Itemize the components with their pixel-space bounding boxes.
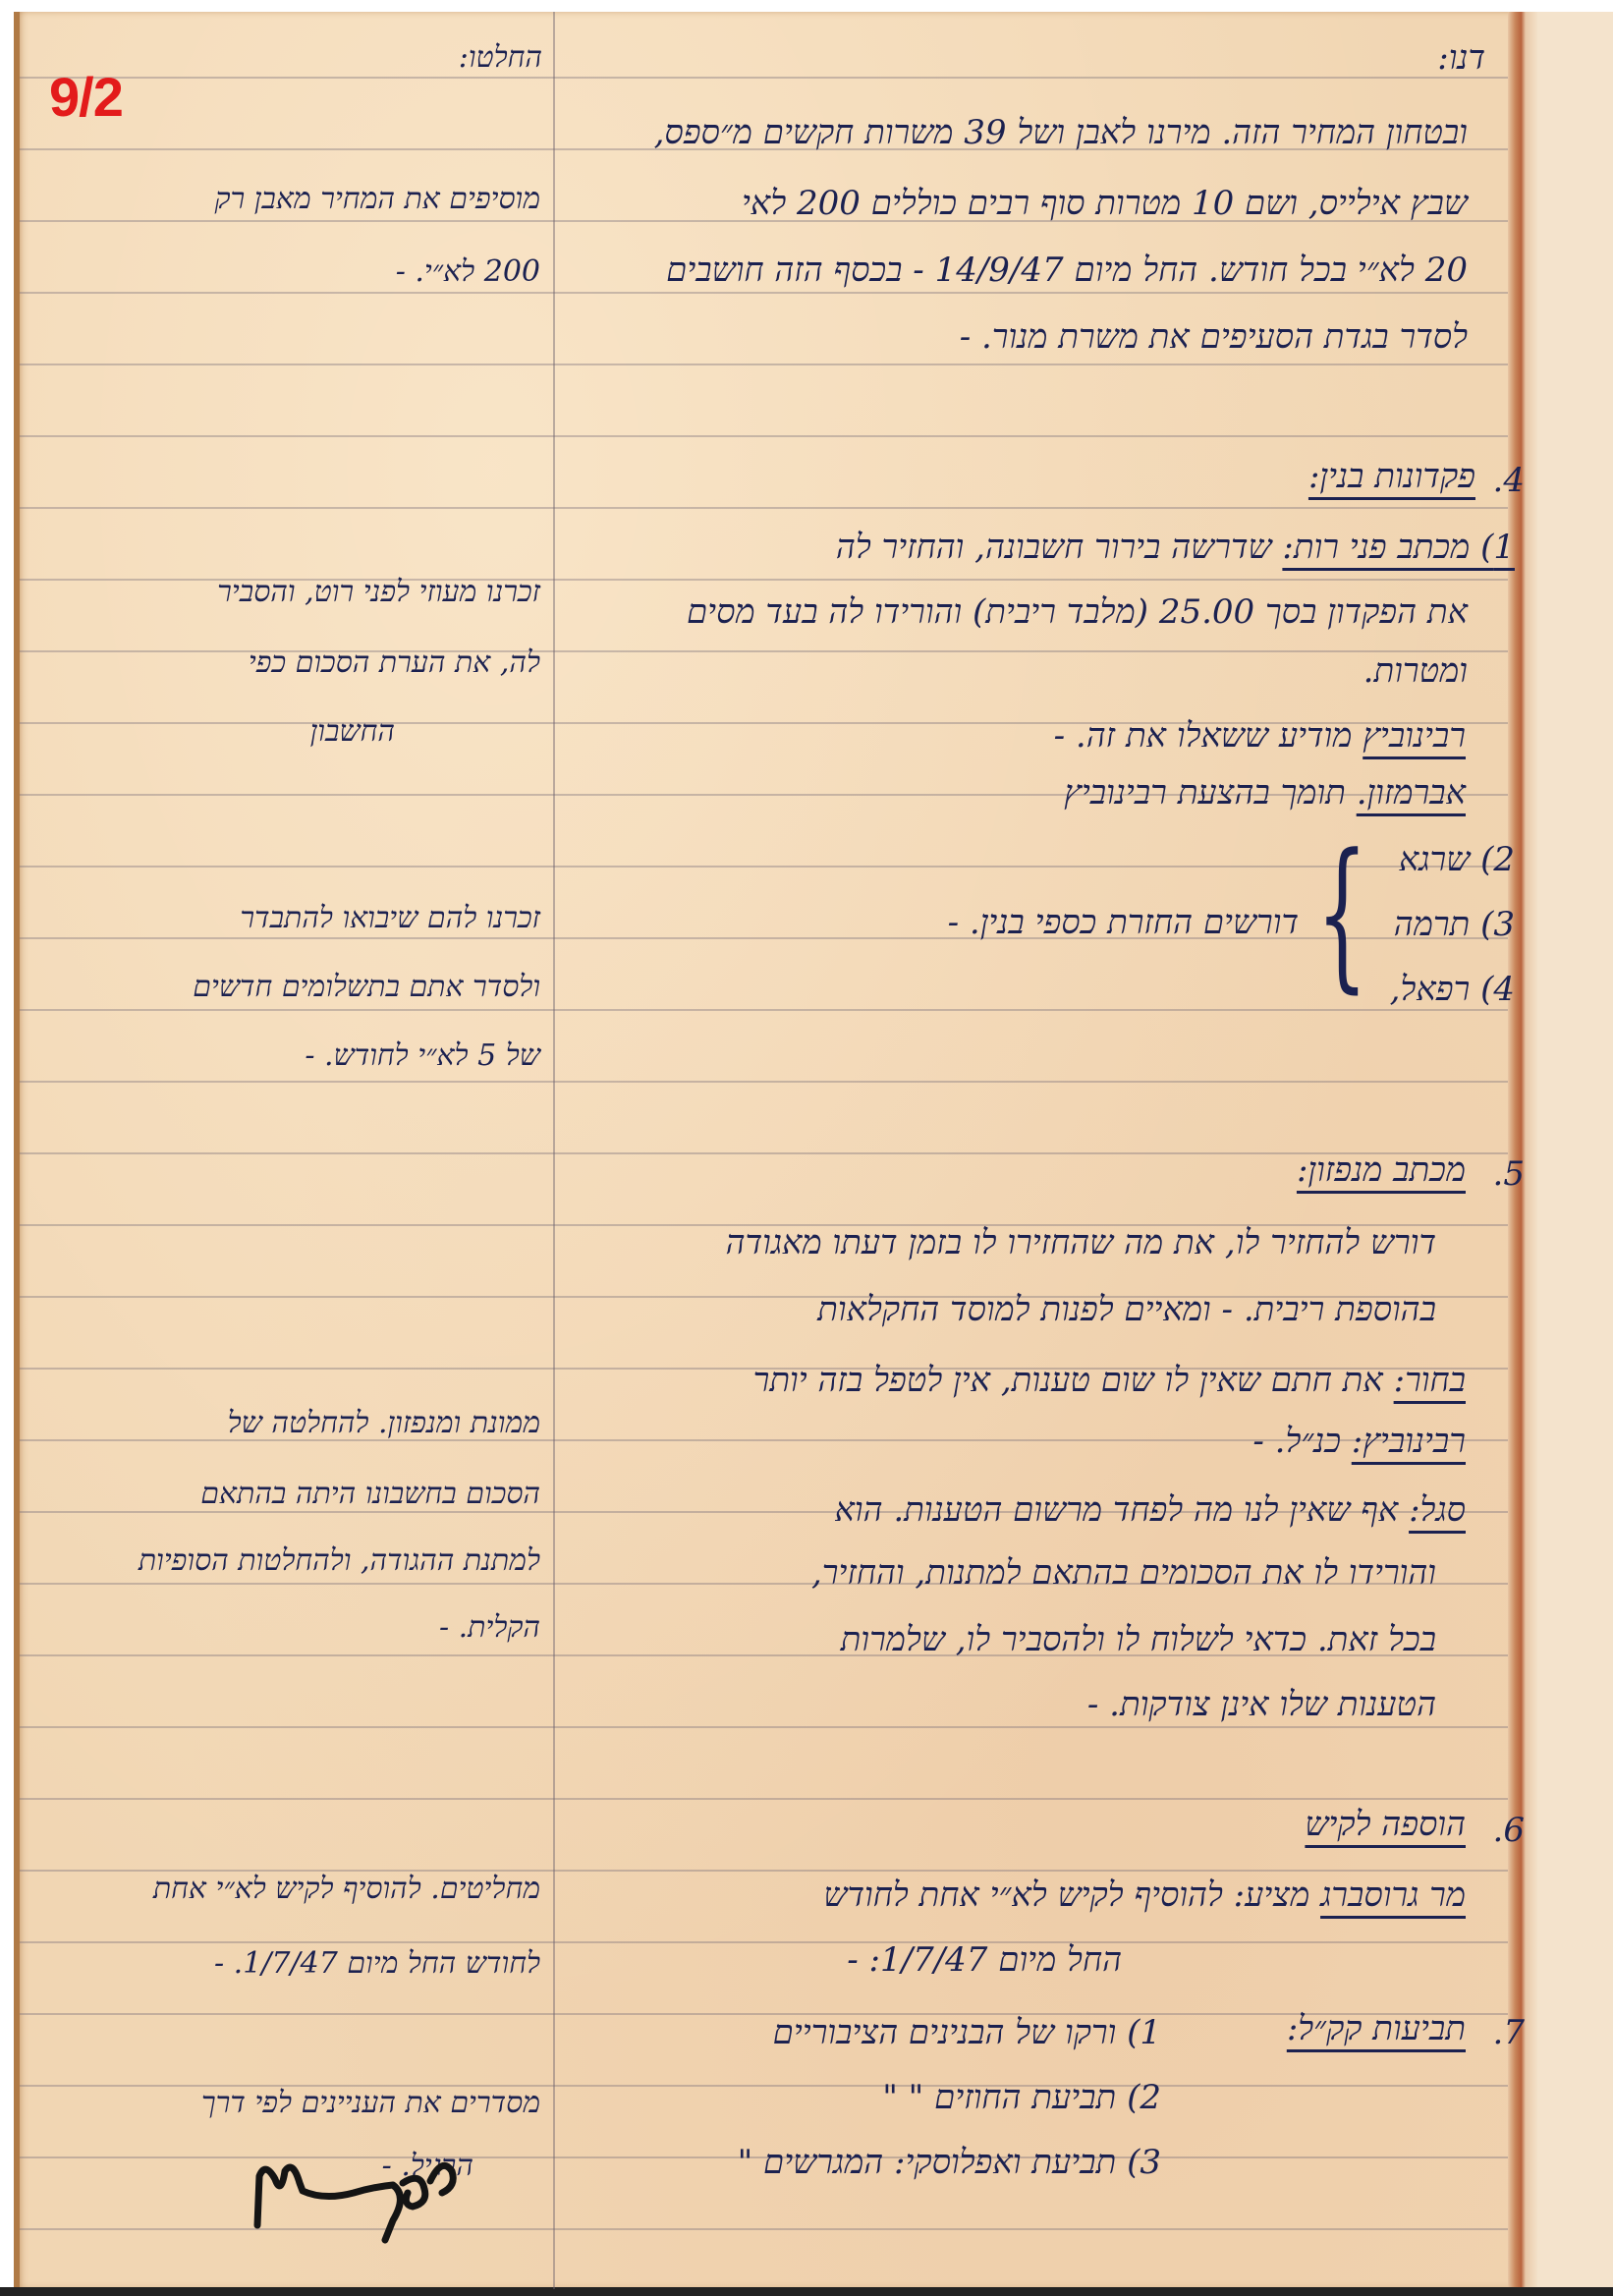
- speaker-label: מר גרוסברג: [1320, 1876, 1466, 1915]
- section-line: והורידו לו את הסכומים בהתאם למתנות, והחז…: [811, 1556, 1436, 1590]
- section-line: רבינוביץ: כנ״ל. -: [1252, 1425, 1466, 1458]
- claim-item: 3) תביעת ואפלוסקי: המגרשים ": [738, 2146, 1161, 2179]
- list-name: תרמה: [1394, 905, 1471, 944]
- section-title: הוספה לקיש: [1305, 1808, 1466, 1841]
- curly-brace: {: [1316, 833, 1333, 995]
- section-line: 1) מכתב פני רות: שדרשה בירור חשבונה, והח…: [836, 531, 1515, 564]
- section-title: תביעות קק״ל:: [1287, 2012, 1466, 2045]
- list-item: 2) שרגא: [1399, 843, 1515, 876]
- book-binding-outer: [1537, 12, 1613, 2289]
- decision-line: מסדרים את העניינים לפי דרך: [201, 2089, 540, 2118]
- decision-line: החשבון: [310, 717, 395, 747]
- ruled-line: [20, 1081, 1508, 1083]
- section-number: 5.: [1493, 1157, 1525, 1191]
- speaker-label: רבינוביץ: [1363, 716, 1466, 756]
- speaker-label: סגל:: [1409, 1490, 1466, 1530]
- decision-line: זכרנו מעוזי לפני רוט, והסביר: [217, 578, 540, 607]
- intro-line: שבץ אילייס, ושם 10 מטרות סוף רבים כוללים…: [742, 187, 1468, 220]
- list-item: 3) תרמה: [1394, 908, 1515, 941]
- intro-line: לסדר בגדת הסעיפים את משרת מנור. -: [960, 320, 1468, 354]
- line-text: מודיע ששאלו את זה. -: [1054, 716, 1353, 756]
- decision-line: של 5 לא״י לחודש. -: [305, 1041, 540, 1071]
- section-line: בכל זאת. כדאי לשלוח לו ולהסביר לו, שלמרו…: [841, 1623, 1436, 1656]
- speaker-label: רבינוביץ:: [1352, 1422, 1466, 1461]
- line-text: את חתם שאין לו שום טענות, אין לטפל בזה י…: [753, 1361, 1383, 1400]
- ruled-line: [20, 292, 1508, 294]
- decisions-header: החלטו:: [459, 43, 542, 73]
- ruled-line: [20, 435, 1508, 437]
- list-name: רפאל,: [1390, 970, 1471, 1009]
- ruled-line: [20, 77, 1508, 79]
- speaker-label: בחור:: [1394, 1361, 1466, 1400]
- section-title: מכתב מנפזון:: [1297, 1153, 1466, 1187]
- section-number: 4.: [1493, 464, 1525, 497]
- section-number: 7.: [1493, 2016, 1525, 2049]
- ruled-line: [20, 1009, 1508, 1011]
- ruled-line: [20, 1726, 1508, 1728]
- ruled-line: [20, 507, 1508, 509]
- decision-line: הסכום בחשבונו היתה בהתאם: [200, 1480, 540, 1509]
- decision-line: לה, את הערת הסכום כפי: [249, 648, 540, 678]
- decision-line: הקלית. -: [439, 1613, 540, 1643]
- section-line: בהוספת ריבית. - ומאיים לפנות למוסד החקלא…: [817, 1293, 1436, 1326]
- book-binding: [1508, 12, 1537, 2289]
- line-text: אף שאין לנו מה לפחד מרשום הטענות. הוא: [835, 1490, 1399, 1530]
- list-note: דורשים החזרת כספי בנין. -: [948, 906, 1299, 939]
- decision-line: מוסיפים את המחיר מאבן רק: [214, 185, 540, 214]
- ruled-line: [20, 866, 1508, 868]
- speaker-label: 1) מכתב פני רות:: [1282, 528, 1515, 567]
- decision-line: ממונת ומנפזון. להחלטה של: [228, 1409, 540, 1438]
- section-line: ומטרות.: [1363, 654, 1468, 688]
- list-number: 2): [1480, 840, 1515, 879]
- list-item: 4) רפאל,: [1390, 973, 1515, 1006]
- ruled-line: [20, 2228, 1508, 2230]
- decision-line: ולסדר אתם בתשלומים חדשים: [193, 973, 540, 1002]
- ruled-line: [20, 1798, 1508, 1800]
- list-name: שרגא: [1399, 840, 1470, 879]
- section-title: פקדונות בנין:: [1308, 460, 1475, 493]
- ruled-line: [20, 2013, 1508, 2015]
- decision-line: זכרנו להם שיבואו להתבדר: [240, 904, 540, 933]
- list-number: 4): [1480, 970, 1515, 1009]
- speaker-label: אברמזון.: [1357, 773, 1466, 812]
- signature: [246, 2142, 481, 2250]
- decision-line: 200 לא״י. -: [396, 257, 540, 287]
- ruled-line: [20, 364, 1508, 365]
- scan-bottom-edge: [0, 2287, 1613, 2296]
- ruled-line: [20, 650, 1508, 652]
- page-label: 9/2: [49, 65, 123, 129]
- ruled-line: [20, 1941, 1508, 1943]
- section-line: אברמזון. תומך בהצעת רבינוביץ: [1064, 776, 1466, 810]
- list-number: 3): [1480, 905, 1515, 944]
- claim-item: 1) ורקו של הבנינים הציבוריים: [773, 2016, 1161, 2049]
- section-line: הטענות שלו אינן צודקות. -: [1087, 1688, 1436, 1721]
- decision-line: לחודש החל מיום 1/7/47. -: [214, 1949, 540, 1979]
- decision-line: מחליטים. להוסיף לקיש לא״י אחת: [153, 1875, 540, 1904]
- intro-line: 20 לא״י בכל חודש. החל מיום 14/9/47 - בכס…: [666, 253, 1468, 287]
- section-line: סגל: אף שאין לנו מה לפחד מרשום הטענות. ה…: [835, 1493, 1466, 1527]
- ruled-line: [20, 1152, 1508, 1154]
- line-text: תומך בהצעת רבינוביץ: [1064, 773, 1346, 812]
- claim-item: 2) תביעת החוזים " ": [882, 2081, 1161, 2114]
- section-number: 6.: [1493, 1814, 1525, 1847]
- section-line: מר גרוסברג מציע: להוסיף לקיש לא״י אחת לח…: [823, 1878, 1466, 1912]
- decision-line: למתנת ההגודה, ולהחלטות הסופיות: [139, 1546, 540, 1576]
- intro-line: ובטחון המחיר הזה. מירנו לאבן ושל 39 משרו…: [654, 116, 1468, 149]
- section-line: בחור: את חתם שאין לו שום טענות, אין לטפל…: [753, 1364, 1466, 1397]
- section-line: רבינוביץ מודיע ששאלו את זה. -: [1054, 719, 1466, 753]
- page-left-edge: [14, 12, 20, 2289]
- column-divider: [553, 12, 555, 2289]
- section-line: את הפקדון בסך 25.00 (מלבד ריבית) והורידו…: [687, 595, 1468, 629]
- section-line: החל מיום 1/7/47: -: [847, 1943, 1122, 1977]
- section-line: דורש להחזיר לו, את מה שהחזירו לו בזמן דע…: [726, 1226, 1436, 1260]
- line-text: כנ״ל. -: [1252, 1422, 1341, 1461]
- line-text: שדרשה בירור חשבונה, והחזיר לה: [836, 528, 1272, 567]
- line-text: מציע: להוסיף לקיש לא״י אחת לחודש: [823, 1876, 1309, 1915]
- discussed-header: דנו:: [1437, 41, 1485, 75]
